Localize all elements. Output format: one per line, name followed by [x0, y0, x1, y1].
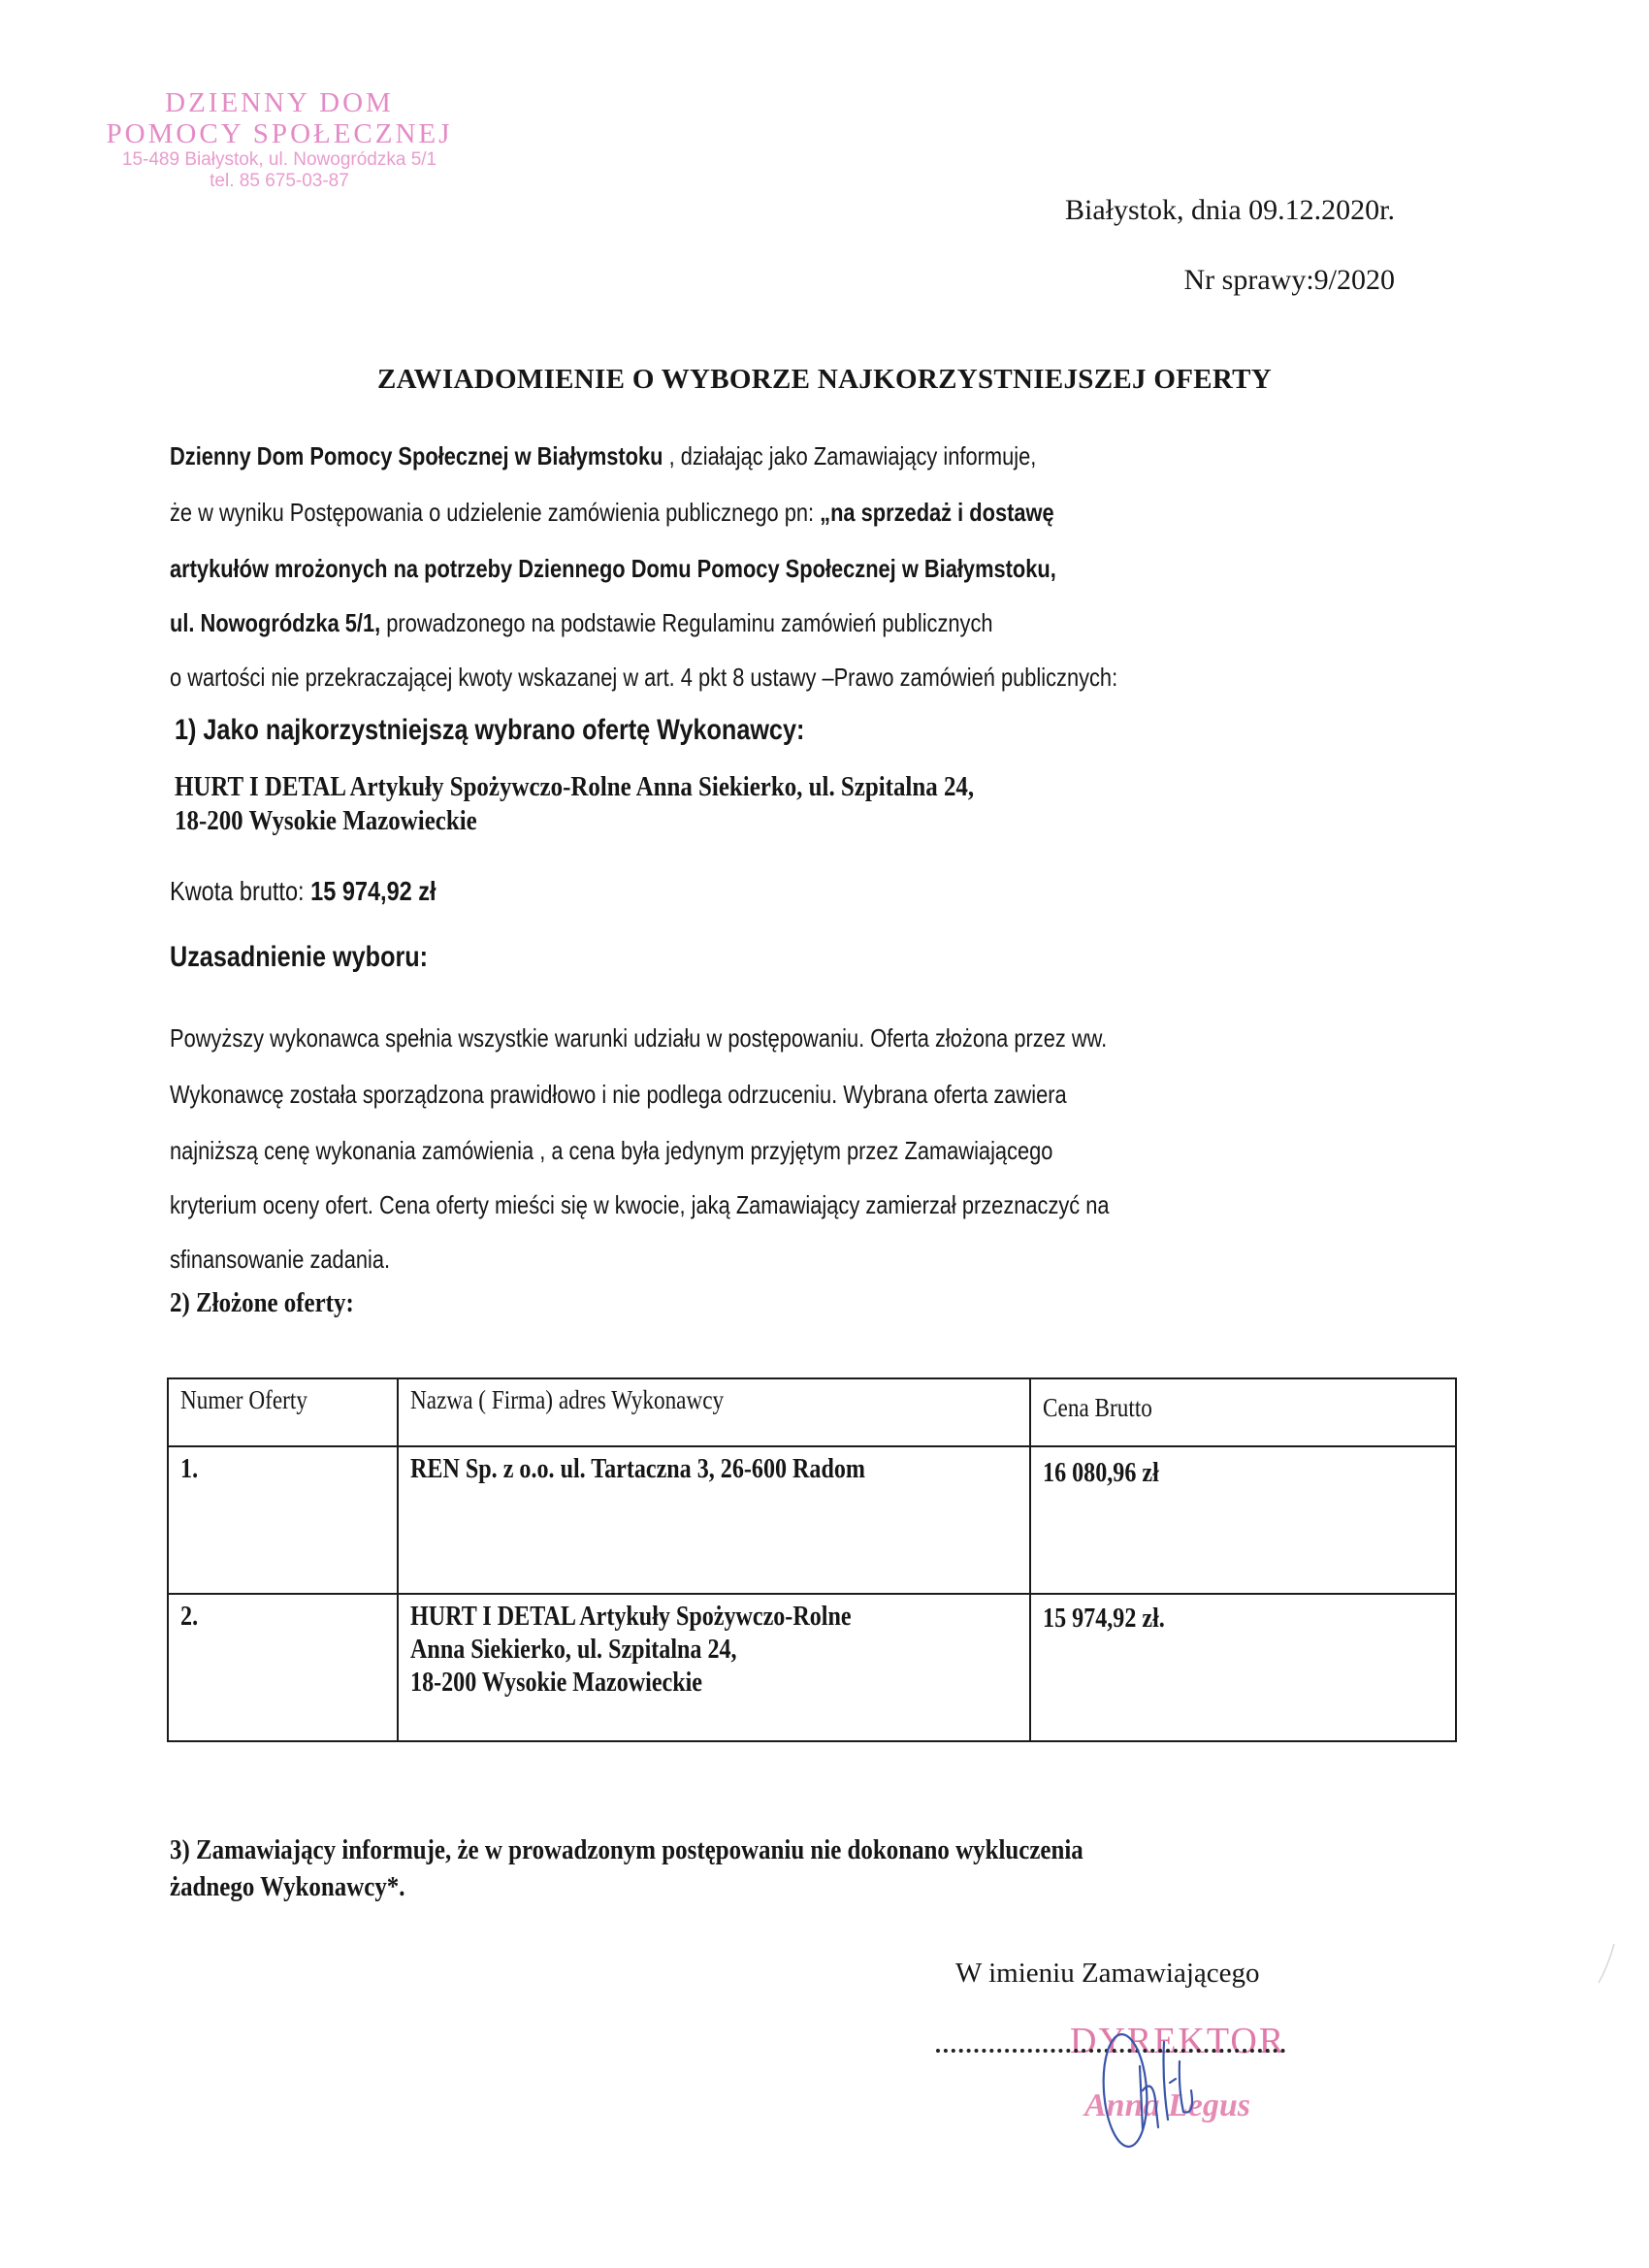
- header-contractor-text: Nazwa ( Firma) adres Wykonawcy: [399, 1379, 941, 1421]
- justification-heading: Uzasadnienie wyboru:: [170, 941, 428, 974]
- section-1-heading: 1) Jako najkorzystniejszą wybrano ofertę…: [175, 714, 804, 747]
- offer-price: 15 974,92 zł.: [1031, 1595, 1396, 1641]
- stamp-line-2: POMOCY SPOŁECZNEJ: [85, 118, 473, 149]
- contractor-name-line: HURT I DETAL Artykuły Spożywczo-Rolne: [410, 1601, 929, 1634]
- ordering-party-address: ul. Nowogródzka 5/1,: [170, 608, 380, 637]
- intro-line-4-text: prowadzonego na podstawie Regulaminu zam…: [380, 608, 992, 637]
- ordering-party-name: Dzienny Dom Pomocy Społecznej w Białymst…: [170, 441, 663, 470]
- winner-line-2: 18-200 Wysokie Mazowieckie: [175, 805, 477, 837]
- header-gross-price: Cena Brutto: [1030, 1378, 1456, 1446]
- intro-line-1-text: , działając jako Zamawiający informuje,: [663, 441, 1037, 470]
- table-row: 1. REN Sp. z o.o. ul. Tartaczna 3, 26-60…: [168, 1446, 1456, 1594]
- justification-line: Powyższy wykonawca spełnia wszystkie war…: [170, 1023, 1107, 1053]
- justification-line: najniższą cenę wykonania zamówienia , a …: [170, 1136, 1052, 1166]
- tender-subject-start: „na sprzedaż i dostawę: [820, 498, 1054, 527]
- header-contractor: Nazwa ( Firma) adres Wykonawcy: [398, 1378, 1030, 1446]
- stamp-address: 15-489 Białystok, ul. Nowogródzka 5/1: [85, 149, 473, 171]
- contractor-name-line: 18-200 Wysokie Mazowieckie: [410, 1667, 929, 1700]
- contractor-cell: HURT I DETAL Artykuły Spożywczo-Rolne An…: [398, 1594, 1030, 1741]
- offer-number: 2.: [169, 1595, 365, 1639]
- justification-line: kryterium oceny ofert. Cena oferty mieśc…: [170, 1190, 1110, 1220]
- section-2-heading: 2) Złożone oferty:: [170, 1287, 354, 1319]
- offers-table: Numer Oferty Nazwa ( Firma) adres Wykona…: [167, 1377, 1457, 1742]
- offer-price: 16 080,96 zł: [1031, 1447, 1396, 1496]
- on-behalf-label: W imieniu Zamawiającego: [955, 1958, 1260, 1990]
- contractor-cell: REN Sp. z o.o. ul. Tartaczna 3, 26-600 R…: [398, 1446, 1030, 1594]
- institution-stamp: DZIENNY DOM POMOCY SPOŁECZNEJ 15-489 Bia…: [85, 87, 473, 192]
- intro-line-4: ul. Nowogródzka 5/1, prowadzonego na pod…: [170, 608, 993, 638]
- contractor-name-line: Anna Siekierko, ul. Szpitalna 24,: [410, 1634, 929, 1667]
- document-title: ZAWIADOMIENIE O WYBORZE NAJKORZYSTNIEJSZ…: [0, 364, 1649, 396]
- justification-line: Wykonawcę została sporządzona prawidłowo…: [170, 1080, 1067, 1110]
- gross-amount-label: Kwota brutto:: [170, 876, 310, 906]
- section-3-line-2: żadnego Wykonawcy*.: [170, 1868, 405, 1905]
- contractor-name-line: REN Sp. z o.o. ul. Tartaczna 3, 26-600 R…: [399, 1447, 941, 1492]
- gross-amount-value: 15 974,92 zł: [310, 876, 436, 906]
- stamp-phone: tel. 85 675-03-87: [85, 171, 473, 192]
- section-3-line-1: 3) Zamawiający informuje, że w prowadzon…: [170, 1831, 1083, 1868]
- winner-line-1: HURT I DETAL Artykuły Spożywczo-Rolne An…: [175, 771, 974, 803]
- scan-artifact-icon: [1591, 1940, 1620, 1989]
- justification-line: sfinansowanie zadania.: [170, 1245, 390, 1275]
- intro-line-1: Dzienny Dom Pomocy Społecznej w Białymst…: [170, 441, 1036, 471]
- handwritten-signature-icon: [1086, 2023, 1222, 2158]
- offer-number: 1.: [169, 1447, 365, 1492]
- stamp-line-1: DZIENNY DOM: [85, 87, 473, 118]
- contractor-name-block: HURT I DETAL Artykuły Spożywczo-Rolne An…: [399, 1595, 941, 1705]
- price-cell: 15 974,92 zł.: [1030, 1594, 1456, 1741]
- place-and-date: Białystok, dnia 09.12.2020r.: [1065, 194, 1395, 227]
- offer-number-cell: 2.: [168, 1594, 398, 1741]
- header-offer-number: Numer Oferty: [168, 1378, 398, 1446]
- intro-line-2-text: że w wyniku Postępowania o udzielenie za…: [170, 498, 820, 527]
- table-header-row: Numer Oferty Nazwa ( Firma) adres Wykona…: [168, 1378, 1456, 1446]
- offer-number-cell: 1.: [168, 1446, 398, 1594]
- price-cell: 16 080,96 zł: [1030, 1446, 1456, 1594]
- case-number: Nr sprawy:9/2020: [1184, 264, 1395, 297]
- gross-amount: Kwota brutto: 15 974,92 zł: [170, 876, 436, 907]
- intro-line-3: artykułów mrożonych na potrzeby Dzienneg…: [170, 554, 1056, 584]
- table-row: 2. HURT I DETAL Artykuły Spożywczo-Rolne…: [168, 1594, 1456, 1741]
- header-gross-price-text: Cena Brutto: [1031, 1379, 1396, 1429]
- intro-line-5: o wartości nie przekraczającej kwoty wsk…: [170, 663, 1117, 693]
- header-offer-number-text: Numer Oferty: [169, 1379, 365, 1421]
- intro-line-2: że w wyniku Postępowania o udzielenie za…: [170, 498, 1054, 528]
